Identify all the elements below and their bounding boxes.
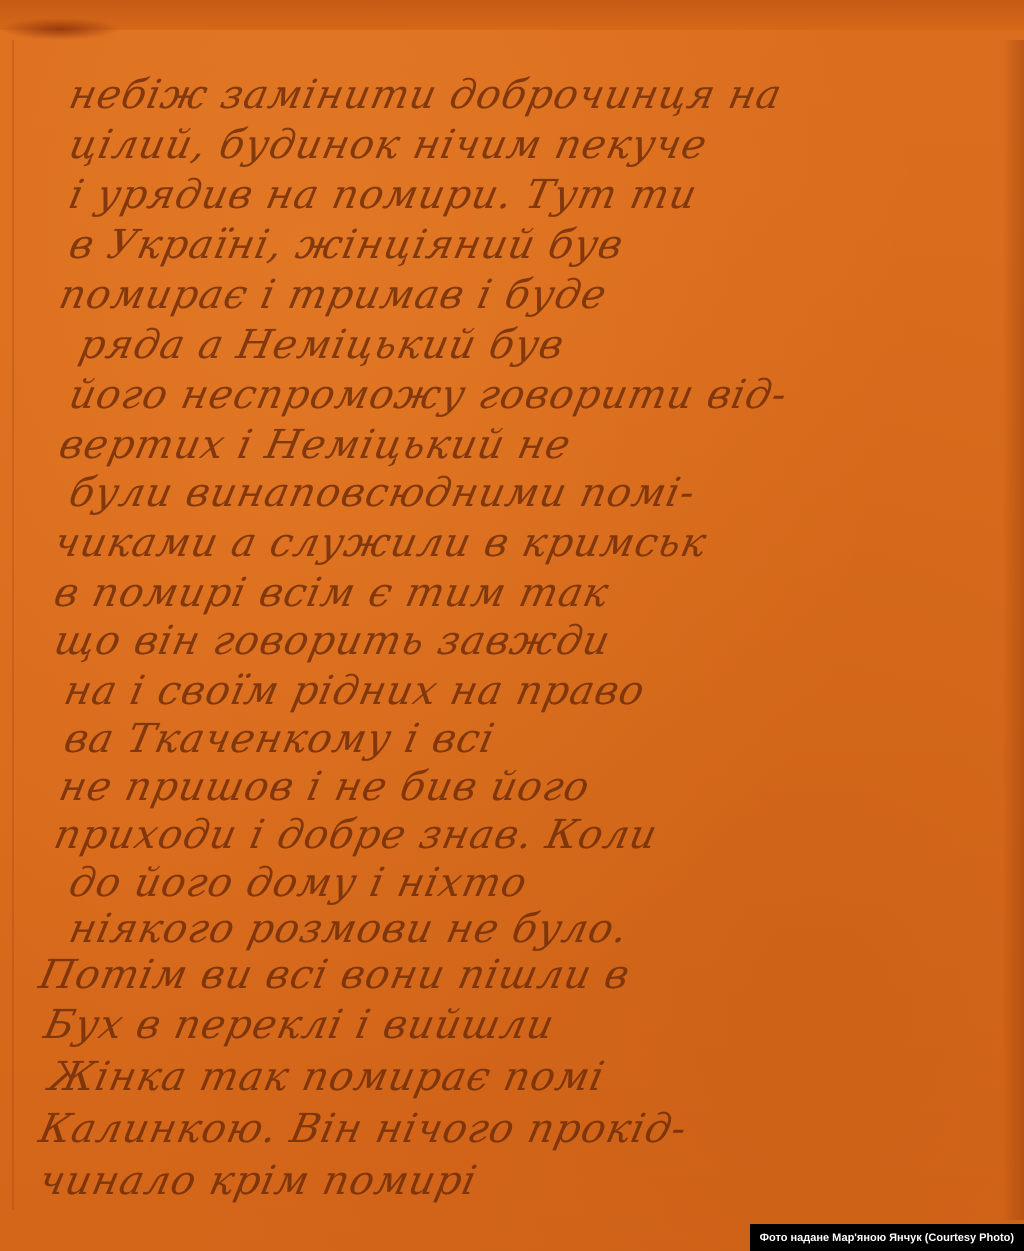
handwriting-line: Бух в переклі і вийшли — [40, 1002, 559, 1048]
handwriting-line: приходи і добре знав. Коли — [50, 812, 662, 858]
handwriting-line: чинало крім помирі — [35, 1158, 481, 1204]
photo-credit-caption: Фото надане Мар'яною Янчук (Courtesy Pho… — [750, 1224, 1024, 1251]
handwriting-line: чиками а служили в кримськ — [50, 520, 711, 566]
page-top-edge — [0, 0, 1024, 30]
handwritten-page-photo: небіж замінити доброчинця на цілий, буди… — [0, 0, 1024, 1251]
handwriting-line: в Україні, жінціяний був — [65, 222, 628, 268]
handwriting-line: не пришов і не бив його — [55, 764, 594, 810]
handwriting-line: ва Ткаченкому і всі — [60, 716, 499, 762]
handwriting-line: його неспроможу говорити від- — [65, 372, 792, 418]
handwriting-line: були винаповсюдними помі- — [65, 470, 700, 516]
handwriting-line: цілий, будинок нічим пекуче — [65, 122, 711, 168]
handwriting-line: небіж замінити доброчинця на — [65, 72, 786, 118]
page-right-edge-shadow — [1002, 40, 1024, 1220]
handwriting-line: на і своїм рідних на право — [60, 668, 649, 714]
page-margin-line — [12, 40, 14, 1210]
handwriting-line: Потім ви всі вони пішли в — [35, 952, 634, 998]
handwriting-line: і урядив на помири. Тут ти — [65, 172, 701, 218]
handwriting-line: Жінка так помирає помі — [45, 1054, 609, 1100]
handwriting-line: вертих і Неміцький не — [55, 422, 575, 468]
handwriting-line: до його дому і ніхто — [65, 860, 532, 906]
handwriting-line: ніякого розмови не було. — [65, 906, 633, 952]
ink-stain — [0, 18, 120, 40]
handwriting-line: ряда а Неміцький був — [75, 322, 569, 368]
handwriting-line: що він говорить завжди — [50, 618, 615, 664]
handwriting-line: Калинкою. Він нічого прокід- — [35, 1106, 691, 1152]
handwriting-line: помирає і тримав і буде — [55, 272, 611, 318]
handwriting-line: в помирі всім є тим так — [50, 570, 613, 616]
